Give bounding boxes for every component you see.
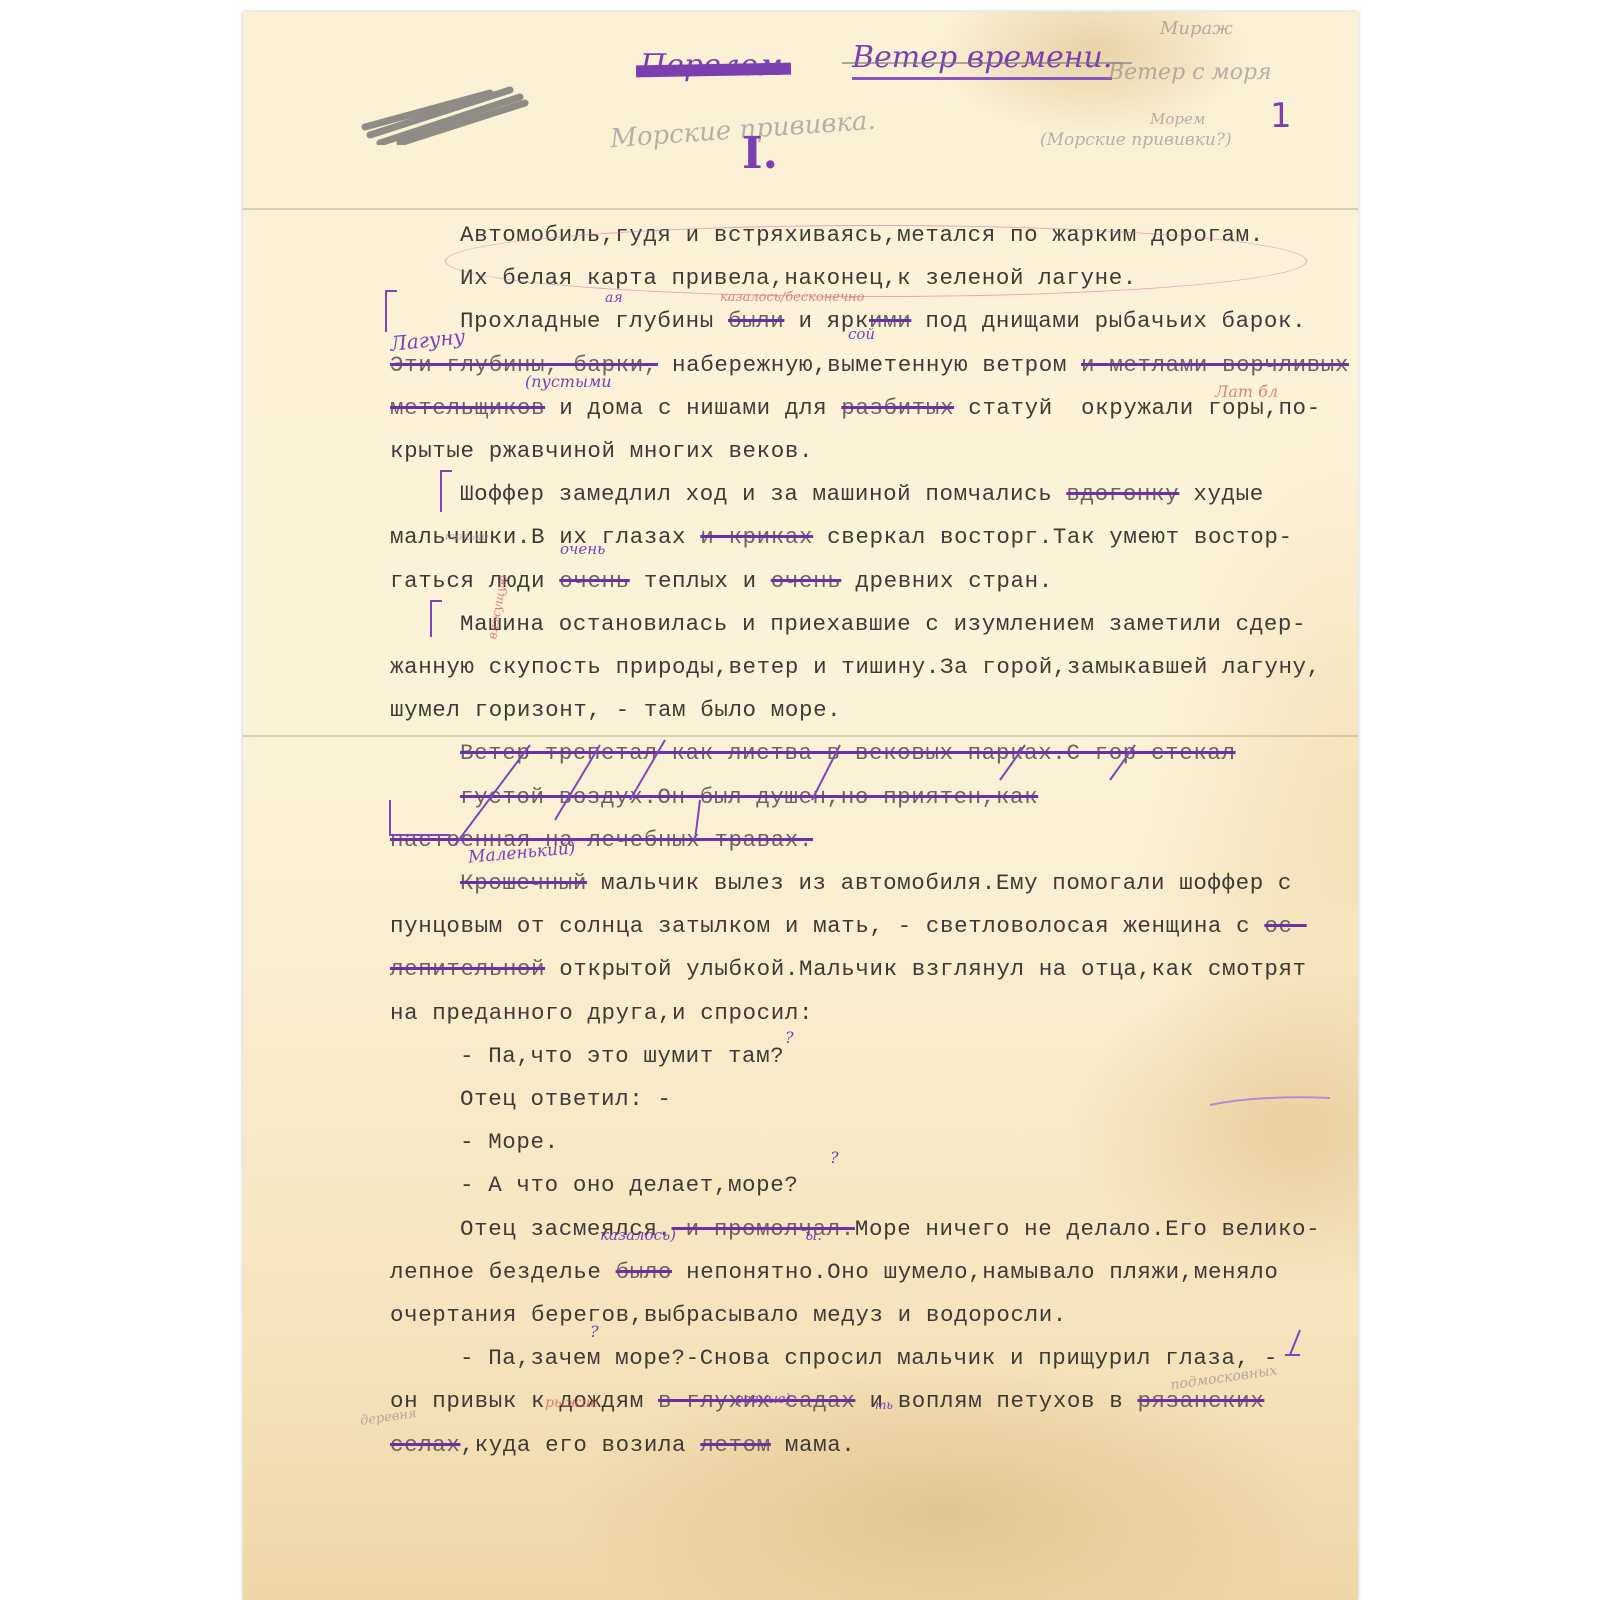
typed-line: пунцовым от солнца затылком и мать, - св… xyxy=(390,913,1307,939)
struck-text: Ветер трепетал как листва в вековых парк… xyxy=(460,740,1236,766)
typed-text: Прохладные глубины xyxy=(460,308,728,334)
typed-text: Отец ответил: - xyxy=(460,1086,672,1112)
typed-text: Машина остановилась и приехавшие с изумл… xyxy=(460,611,1306,637)
struck-text: густой воздух.Он был душен,но приятен,ка… xyxy=(460,784,1038,810)
annotation-ravnye: равные) xyxy=(735,1392,791,1407)
typed-text: он привык к дождям xyxy=(390,1388,658,1414)
typed-text: - Море. xyxy=(460,1129,559,1155)
typed-text: ,куда его возила xyxy=(461,1432,701,1458)
typed-text: шумел горизонт, - там было море. xyxy=(390,697,841,723)
document-title: Ветер времени. xyxy=(852,40,1112,80)
typed-text: и дома с нишами для xyxy=(545,395,841,421)
struck-text: разбитых xyxy=(841,395,954,421)
annotation-lat: Лат бл xyxy=(1215,382,1278,401)
typed-text: Море ничего не делало.Его велико- xyxy=(855,1216,1320,1242)
typed-line: - Па,зачем море?-Снова спросил мальчик и… xyxy=(460,1345,1278,1371)
typed-text: мама. xyxy=(771,1432,856,1458)
typed-text: теплых и xyxy=(630,568,771,594)
annotation-ya: ая xyxy=(605,290,623,306)
typed-text: Шоффер замедлил ход и за машиной помчали… xyxy=(460,481,1066,507)
typed-line: мальчишки.В их глазах и криках сверкал в… xyxy=(390,524,1293,550)
typed-text: - Па,зачем море?-Снова спросил мальчик и… xyxy=(460,1345,1278,1371)
pencil-alt-title: (Морские прививки?) xyxy=(1040,130,1232,150)
annotation-question-mark: ? xyxy=(590,1322,599,1341)
typed-line: Машина остановилась и приехавшие с изумл… xyxy=(460,611,1306,637)
pencil-alt-title: Мираж xyxy=(1160,18,1233,39)
typed-line: - А что оно делает,море? xyxy=(460,1172,798,1198)
typed-line: селах,куда его возила летом мама. xyxy=(390,1432,855,1458)
typed-text: мальчишки.В их глазах xyxy=(390,524,700,550)
annotation-y: ы. xyxy=(805,1226,822,1244)
typed-line: жанную скупость природы,ветер и тишину.З… xyxy=(390,654,1321,680)
typed-line: лепительной открытой улыбкой.Мальчик взг… xyxy=(390,956,1307,982)
struck-text: метельщиков xyxy=(390,395,545,421)
typed-text: непонятно.Оно шумело,намывало пляжи,меня… xyxy=(672,1259,1278,1285)
paper-fold-line xyxy=(243,208,1358,210)
pencil-alt-title: Ветер с моря xyxy=(1108,60,1272,85)
typed-line: настоенная на лечебных травах. xyxy=(390,827,813,853)
typed-text: худые xyxy=(1179,481,1264,507)
paragraph-mark xyxy=(385,290,397,332)
typed-line: Отец засмеялся. и промолчал.Море ничего … xyxy=(460,1216,1320,1242)
annotation-kazalos: казалось) xyxy=(600,1226,676,1244)
struck-text: ими xyxy=(869,308,911,334)
typed-line: гаться люди очень теплых и очень древних… xyxy=(390,568,1053,594)
typed-line: Отец ответил: - xyxy=(460,1086,672,1112)
struck-text: селах xyxy=(390,1432,461,1458)
typed-line: Ветер трепетал как листва в вековых парк… xyxy=(460,740,1236,766)
typed-text: крытые ржавчиной многих веков. xyxy=(390,438,813,464)
pencil-alt-title: Морем xyxy=(1150,110,1205,128)
typed-line: крытые ржавчиной многих веков. xyxy=(390,438,813,464)
typed-text: мальчик вылез из автомобиля.Ему помогали… xyxy=(587,870,1292,896)
annotation-t: ть xyxy=(875,1398,893,1412)
annotation-question-mark: ? xyxy=(830,1148,839,1167)
typed-line: на преданного друга,и спросил: xyxy=(390,1000,813,1026)
typed-text: пунцовым от солнца затылком и мать, - св… xyxy=(390,913,1264,939)
struck-text: летом xyxy=(700,1432,771,1458)
struck-text: Крошечный xyxy=(460,870,587,896)
typed-line: Шоффер замедлил ход и за машиной помчали… xyxy=(460,481,1264,507)
struck-text: было xyxy=(616,1259,672,1285)
annotation-ochen: очень xyxy=(560,540,605,558)
struck-text: и метлами ворчливых xyxy=(1081,352,1349,378)
paragraph-mark xyxy=(430,600,442,637)
typed-line: - Па,что это шумит там? xyxy=(460,1043,784,1069)
typed-text: лепное безделье xyxy=(390,1259,616,1285)
typed-text: - Па,что это шумит там? xyxy=(460,1043,784,1069)
page-number: 1 xyxy=(1270,96,1292,136)
typed-line: лепное безделье было непонятно.Оно шумел… xyxy=(390,1259,1278,1285)
struck-text: настоенная на лечебных травах. xyxy=(390,827,813,853)
typed-line: он привык к дождям в глухих садах и вопл… xyxy=(390,1388,1264,1414)
typed-text: под днищами рыбачьих барок. xyxy=(911,308,1306,334)
struck-text: и промолчал. xyxy=(672,1216,855,1242)
struck-text: вдогонку xyxy=(1066,481,1179,507)
typed-text: жанную скупость природы,ветер и тишину.З… xyxy=(390,654,1321,680)
struck-title: Перелом xyxy=(640,48,783,83)
annotation-question-mark: ? xyxy=(785,1028,794,1047)
struck-text: очень xyxy=(771,568,842,594)
annotation-soy: сой xyxy=(848,325,875,343)
struck-text: рязанских xyxy=(1137,1388,1264,1414)
typed-line: метельщиков и дома с нишами для разбитых… xyxy=(390,395,1321,421)
struck-text: ос- xyxy=(1264,913,1306,939)
pencil-loop-mark xyxy=(445,225,1307,297)
annotation-pustymi: (пустыми xyxy=(525,372,612,391)
typed-text: гаться люди xyxy=(390,568,559,594)
struck-text: были xyxy=(728,308,784,334)
struck-text: Эти глубины, барки, xyxy=(390,352,658,378)
typed-text: набережную,выметенную ветром xyxy=(658,352,1081,378)
typed-text: открытой улыбкой.Мальчик взглянул на отц… xyxy=(545,956,1307,982)
typed-text: древних стран. xyxy=(841,568,1053,594)
typed-text: сверкал восторг.Так умеют востор- xyxy=(813,524,1292,550)
paragraph-mark xyxy=(440,470,452,512)
pencil-scribble-mark xyxy=(360,85,530,145)
typed-text: очертания берегов,выбрасывало медуз и во… xyxy=(390,1302,1067,1328)
typed-line: шумел горизонт, - там было море. xyxy=(390,697,841,723)
struck-text: и криках xyxy=(700,524,813,550)
typed-line: Крошечный мальчик вылез из автомобиля.Ем… xyxy=(460,870,1292,896)
annotation-tolko: только xyxy=(445,530,488,543)
chapter-numeral: I. xyxy=(742,128,778,179)
typed-line: Прохладные глубины были и яркими под дни… xyxy=(460,308,1306,334)
typed-line: очертания берегов,выбрасывало медуз и во… xyxy=(390,1302,1067,1328)
typed-text: на преданного друга,и спросил: xyxy=(390,1000,813,1026)
typed-text: - А что оно делает,море? xyxy=(460,1172,798,1198)
typed-text: и воплям петухов в xyxy=(855,1388,1137,1414)
struck-text: очень xyxy=(559,568,630,594)
typed-line: густой воздух.Он был душен,но приятен,ка… xyxy=(460,784,1038,810)
annotation-ryzhie: рыжие xyxy=(545,1395,599,1411)
struck-text: лепительной xyxy=(390,956,545,982)
typed-line: - Море. xyxy=(460,1129,559,1155)
